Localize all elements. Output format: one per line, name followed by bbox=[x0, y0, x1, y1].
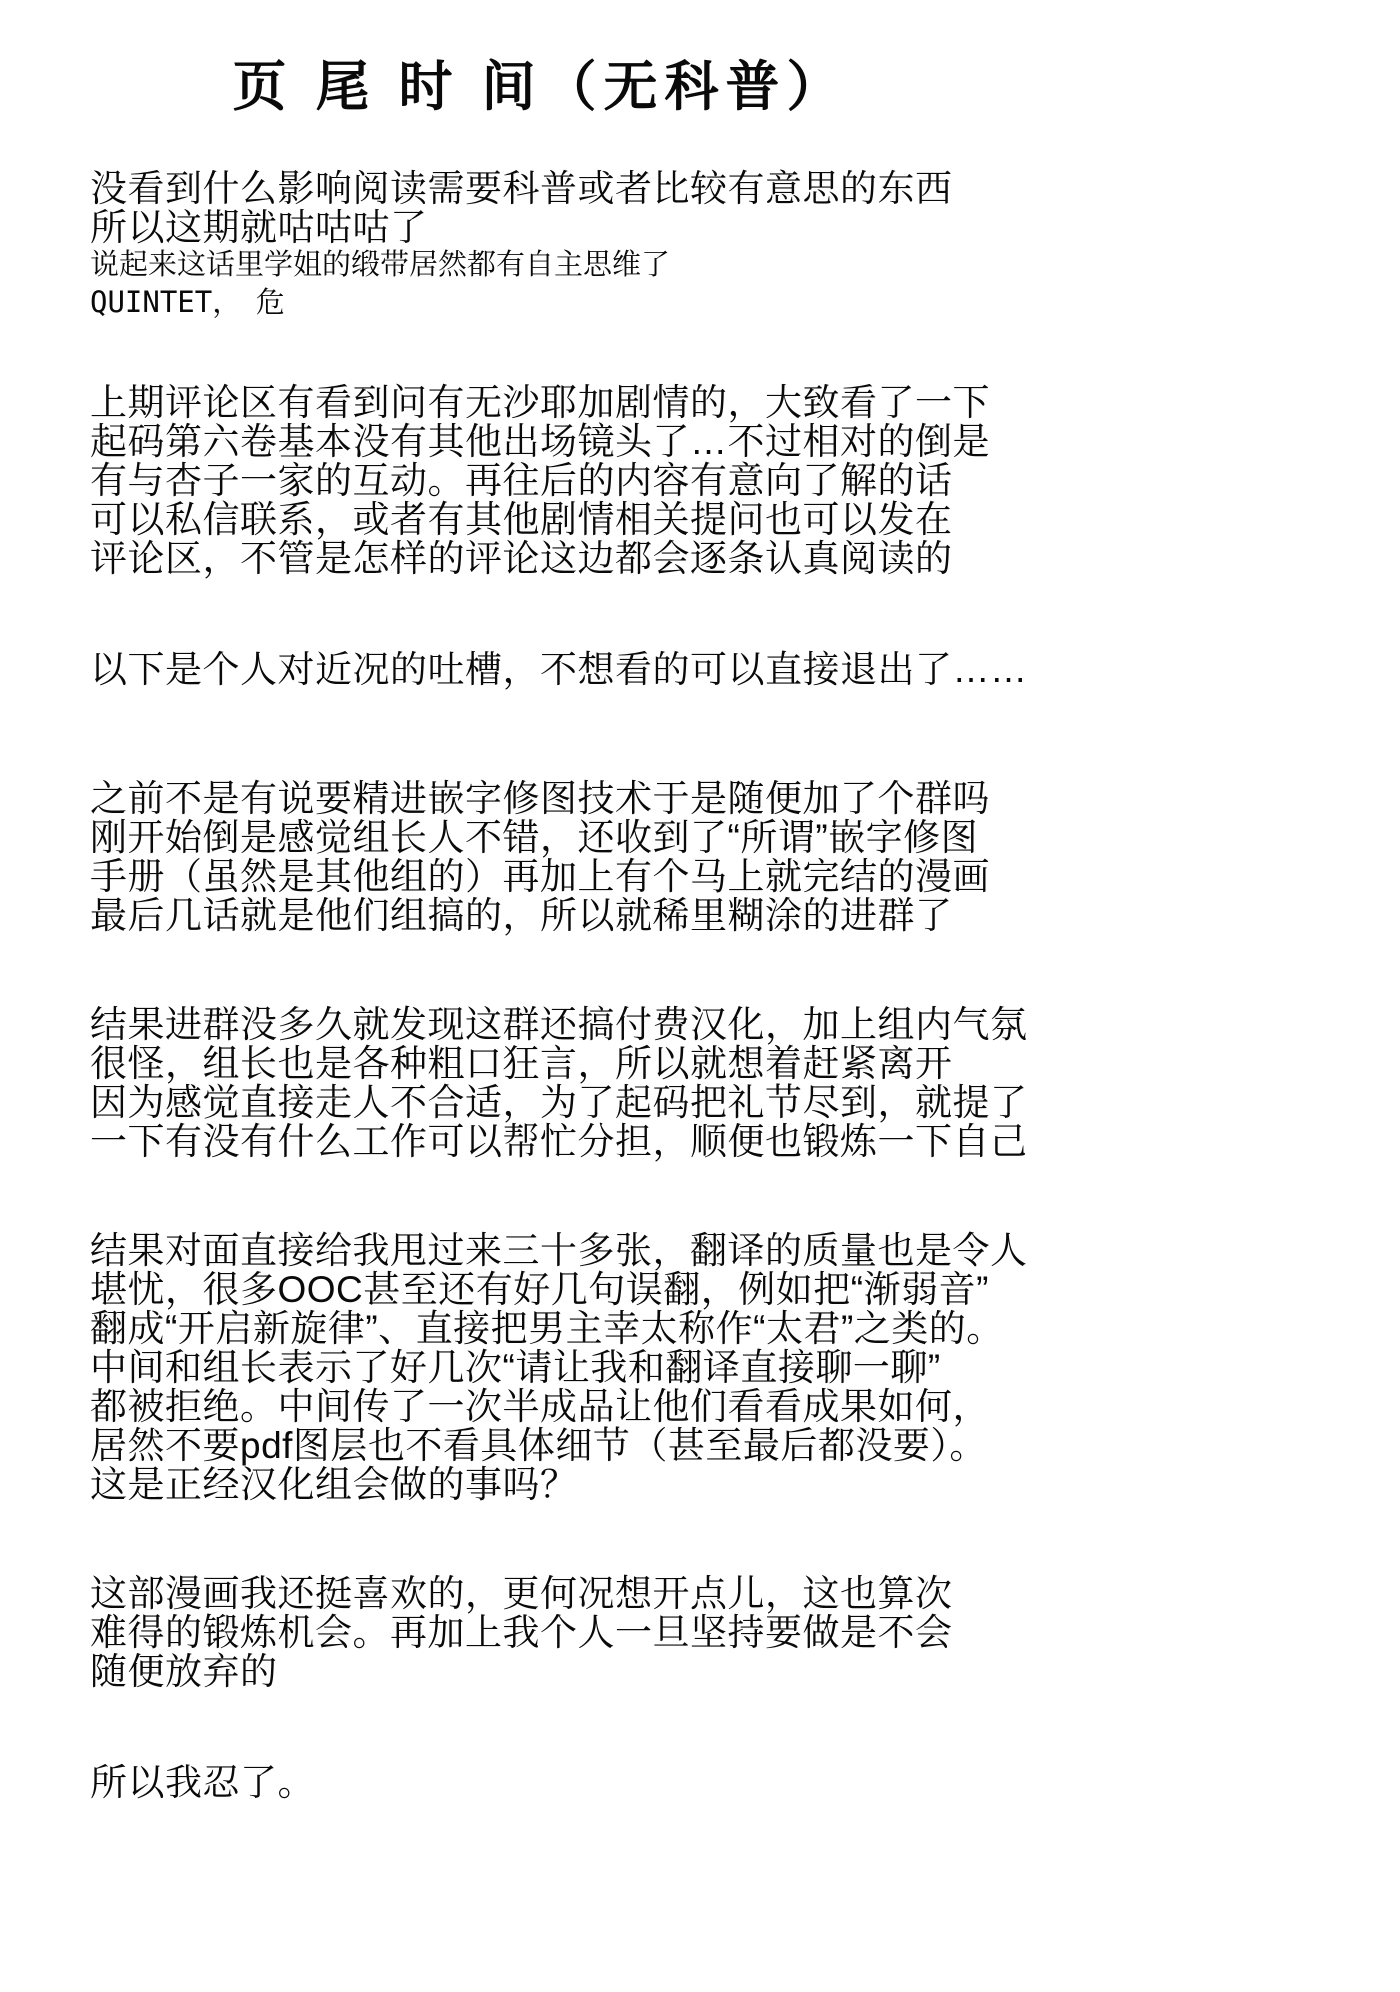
text-line: 没看到什么影响阅读需要科普或者比较有意思的东西 bbox=[90, 169, 1400, 208]
text-line: 所以这期就咕咕咕了 bbox=[90, 208, 1400, 247]
text-line: 有与杏子一家的互动。再往后的内容有意向了解的话 bbox=[90, 461, 1400, 500]
paragraph-wanting-to-leave: 结果进群没多久就发现这群还搞付费汉化，加上组内气氛 很怪，组长也是各种粗口狂言，… bbox=[90, 1005, 1400, 1161]
text-line: 以下是个人对近况的吐槽，不想看的可以直接退出了…… bbox=[90, 650, 1400, 689]
paragraph-rant-notice: 以下是个人对近况的吐槽，不想看的可以直接退出了…… bbox=[90, 650, 1400, 689]
text-line: 很怪，组长也是各种粗口狂言，所以就想着赶紧离开 bbox=[90, 1044, 1400, 1083]
paragraph-reply-to-comments: 上期评论区有看到问有无沙耶加剧情的，大致看了一下 起码第六卷基本没有其他出场镜头… bbox=[90, 383, 1400, 578]
text-line: 因为感觉直接走人不合适，为了起码把礼节尽到，就提了 bbox=[90, 1083, 1400, 1122]
text-line: 这是正经汉化组会做的事吗？ bbox=[90, 1465, 1400, 1504]
text-line: 结果进群没多久就发现这群还搞付费汉化，加上组内气氛 bbox=[90, 1005, 1400, 1044]
paragraph-translation-quality: 结果对面直接给我甩过来三十多张，翻译的质量也是令人 堪忧，很多OOC甚至还有好几… bbox=[90, 1231, 1400, 1504]
text-line: 居然不要pdf图层也不看具体细节（甚至最后都没要）。 bbox=[90, 1426, 1400, 1465]
text-line: 一下有没有什么工作可以帮忙分担，顺便也锻炼一下自己 bbox=[90, 1122, 1400, 1161]
text-line: 翻成“开启新旋律”、直接把男主幸太称作“太君”之类的。 bbox=[90, 1309, 1400, 1348]
page-content: 没看到什么影响阅读需要科普或者比较有意思的东西 所以这期就咕咕咕了 说起来这话里… bbox=[90, 169, 1400, 1802]
text-line: 堪忧，很多OOC甚至还有好几句误翻，例如把“渐弱音” bbox=[90, 1270, 1400, 1309]
text-line: 这部漫画我还挺喜欢的，更何况想开点儿，这也算次 bbox=[90, 1574, 1400, 1613]
text-line: 随便放弃的 bbox=[90, 1652, 1400, 1691]
paragraph-joining-group: 之前不是有说要精进嵌字修图技术于是随便加了个群吗 刚开始倒是感觉组长人不错，还收… bbox=[90, 779, 1400, 935]
text-line-note: QUINTET， 危 bbox=[90, 284, 1400, 321]
text-line: 上期评论区有看到问有无沙耶加剧情的，大致看了一下 bbox=[90, 383, 1400, 422]
text-line: 中间和组长表示了好几次“请让我和翻译直接聊一聊” bbox=[90, 1348, 1400, 1387]
text-line: 手册（虽然是其他组的）再加上有个马上就完结的漫画 bbox=[90, 857, 1400, 896]
text-line: 起码第六卷基本没有其他出场镜头了…不过相对的倒是 bbox=[90, 422, 1400, 461]
paragraph-intro: 没看到什么影响阅读需要科普或者比较有意思的东西 所以这期就咕咕咕了 说起来这话里… bbox=[90, 169, 1400, 321]
text-line: 之前不是有说要精进嵌字修图技术于是随便加了个群吗 bbox=[90, 779, 1400, 818]
text-line: 可以私信联系，或者有其他剧情相关提问也可以发在 bbox=[90, 500, 1400, 539]
text-line: 最后几话就是他们组搞的，所以就稀里糊涂的进群了 bbox=[90, 896, 1400, 935]
text-line: 评论区，不管是怎样的评论这边都会逐条认真阅读的 bbox=[90, 539, 1400, 578]
text-line: 都被拒绝。中间传了一次半成品让他们看看成果如何， bbox=[90, 1387, 1400, 1426]
paragraph-conclusion: 所以我忍了。 bbox=[90, 1763, 1400, 1802]
afterword-page: 页 尾 时 间（无科普） 没看到什么影响阅读需要科普或者比较有意思的东西 所以这… bbox=[0, 0, 1400, 1992]
page-title: 页 尾 时 间（无科普） bbox=[0, 0, 1080, 121]
text-line: 所以我忍了。 bbox=[90, 1763, 1400, 1802]
text-line-note: 说起来这话里学姐的缎带居然都有自主思维了 bbox=[90, 247, 1400, 284]
text-line: 刚开始倒是感觉组长人不错，还收到了“所谓”嵌字修图 bbox=[90, 818, 1400, 857]
paragraph-why-continue: 这部漫画我还挺喜欢的，更何况想开点儿，这也算次 难得的锻炼机会。再加上我个人一旦… bbox=[90, 1574, 1400, 1691]
text-line: 难得的锻炼机会。再加上我个人一旦坚持要做是不会 bbox=[90, 1613, 1400, 1652]
text-line: 结果对面直接给我甩过来三十多张，翻译的质量也是令人 bbox=[90, 1231, 1400, 1270]
